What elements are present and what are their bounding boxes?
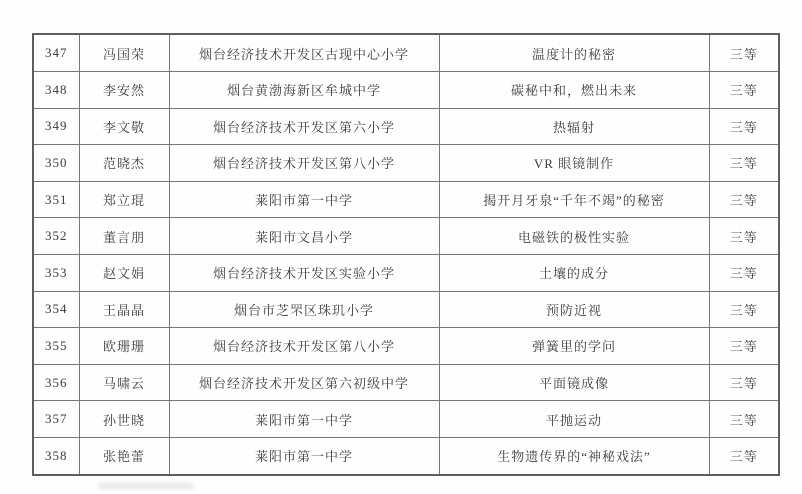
cell-entry-number: 355 — [33, 328, 79, 365]
cell-school-name: 烟台黄渤海新区牟城中学 — [169, 72, 439, 109]
cell-student-name: 范晓杰 — [79, 145, 169, 182]
cell-student-name: 郑立琨 — [79, 181, 169, 218]
table-row: 347 冯国荣 烟台经济技术开发区古现中心小学 温度计的秘密 三等 — [33, 34, 779, 72]
cell-project-title: 温度计的秘密 — [439, 34, 709, 72]
table-row: 354 王晶晶 烟台市芝罘区珠玑小学 预防近视 三等 — [33, 291, 779, 328]
cell-project-title: 碳秘中和，燃出未来 — [439, 72, 709, 109]
cell-project-title: 土壤的成分 — [439, 254, 709, 291]
cell-award-level: 三等 — [709, 181, 779, 218]
cell-student-name: 李安然 — [79, 72, 169, 109]
cell-award-level: 三等 — [709, 437, 779, 475]
cell-entry-number: 357 — [33, 401, 79, 438]
cell-project-title: 弹簧里的学问 — [439, 328, 709, 365]
cell-school-name: 莱阳市第一中学 — [169, 437, 439, 475]
cell-award-level: 三等 — [709, 34, 779, 72]
cell-project-title: 平抛运动 — [439, 401, 709, 438]
cell-student-name: 欧珊珊 — [79, 328, 169, 365]
table-row: 352 董言朋 莱阳市文昌小学 电磁铁的极性实验 三等 — [33, 218, 779, 255]
cell-entry-number: 350 — [33, 145, 79, 182]
cell-entry-number: 353 — [33, 254, 79, 291]
cell-project-title: VR 眼镜制作 — [439, 145, 709, 182]
cell-entry-number: 356 — [33, 364, 79, 401]
cell-award-level: 三等 — [709, 72, 779, 109]
table-row: 355 欧珊珊 烟台经济技术开发区第八小学 弹簧里的学问 三等 — [33, 328, 779, 365]
table-row: 357 孙世晓 莱阳市第一中学 平抛运动 三等 — [33, 401, 779, 438]
cell-student-name: 李文敬 — [79, 108, 169, 145]
awards-table: 347 冯国荣 烟台经济技术开发区古现中心小学 温度计的秘密 三等 348 李安… — [32, 33, 780, 476]
cell-project-title: 揭开月牙泉“千年不竭”的秘密 — [439, 181, 709, 218]
cell-award-level: 三等 — [709, 291, 779, 328]
cell-project-title: 平面镜成像 — [439, 364, 709, 401]
document-page: 347 冯国荣 烟台经济技术开发区古现中心小学 温度计的秘密 三等 348 李安… — [0, 0, 802, 494]
table-row: 349 李文敬 烟台经济技术开发区第六小学 热辐射 三等 — [33, 108, 779, 145]
cell-award-level: 三等 — [709, 145, 779, 182]
cell-student-name: 赵文娟 — [79, 254, 169, 291]
cell-award-level: 三等 — [709, 218, 779, 255]
cell-school-name: 莱阳市文昌小学 — [169, 218, 439, 255]
cell-award-level: 三等 — [709, 328, 779, 365]
cell-school-name: 烟台经济技术开发区实验小学 — [169, 254, 439, 291]
cell-entry-number: 352 — [33, 218, 79, 255]
cell-school-name: 烟台经济技术开发区第八小学 — [169, 145, 439, 182]
cell-award-level: 三等 — [709, 108, 779, 145]
cell-award-level: 三等 — [709, 254, 779, 291]
cell-project-title: 预防近视 — [439, 291, 709, 328]
cell-school-name: 烟台市芝罘区珠玑小学 — [169, 291, 439, 328]
awards-table-body: 347 冯国荣 烟台经济技术开发区古现中心小学 温度计的秘密 三等 348 李安… — [33, 34, 779, 475]
cell-school-name: 莱阳市第一中学 — [169, 181, 439, 218]
cell-project-title: 电磁铁的极性实验 — [439, 218, 709, 255]
cell-school-name: 烟台经济技术开发区第六初级中学 — [169, 364, 439, 401]
scan-artifact-smudge — [98, 483, 194, 489]
cell-award-level: 三等 — [709, 364, 779, 401]
cell-entry-number: 349 — [33, 108, 79, 145]
cell-student-name: 张艳蕾 — [79, 437, 169, 475]
cell-student-name: 孙世晓 — [79, 401, 169, 438]
cell-entry-number: 358 — [33, 437, 79, 475]
table-row: 356 马啸云 烟台经济技术开发区第六初级中学 平面镜成像 三等 — [33, 364, 779, 401]
table-row: 350 范晓杰 烟台经济技术开发区第八小学 VR 眼镜制作 三等 — [33, 145, 779, 182]
cell-entry-number: 347 — [33, 34, 79, 72]
cell-school-name: 烟台经济技术开发区第六小学 — [169, 108, 439, 145]
table-row: 358 张艳蕾 莱阳市第一中学 生物遗传界的“神秘戏法” 三等 — [33, 437, 779, 475]
cell-entry-number: 354 — [33, 291, 79, 328]
cell-project-title: 生物遗传界的“神秘戏法” — [439, 437, 709, 475]
cell-entry-number: 351 — [33, 181, 79, 218]
table-row: 353 赵文娟 烟台经济技术开发区实验小学 土壤的成分 三等 — [33, 254, 779, 291]
cell-project-title: 热辐射 — [439, 108, 709, 145]
cell-student-name: 王晶晶 — [79, 291, 169, 328]
table-row: 348 李安然 烟台黄渤海新区牟城中学 碳秘中和，燃出未来 三等 — [33, 72, 779, 109]
cell-school-name: 烟台经济技术开发区古现中心小学 — [169, 34, 439, 72]
cell-school-name: 莱阳市第一中学 — [169, 401, 439, 438]
cell-entry-number: 348 — [33, 72, 79, 109]
cell-school-name: 烟台经济技术开发区第八小学 — [169, 328, 439, 365]
cell-award-level: 三等 — [709, 401, 779, 438]
cell-student-name: 冯国荣 — [79, 34, 169, 72]
cell-student-name: 董言朋 — [79, 218, 169, 255]
table-row: 351 郑立琨 莱阳市第一中学 揭开月牙泉“千年不竭”的秘密 三等 — [33, 181, 779, 218]
cell-student-name: 马啸云 — [79, 364, 169, 401]
